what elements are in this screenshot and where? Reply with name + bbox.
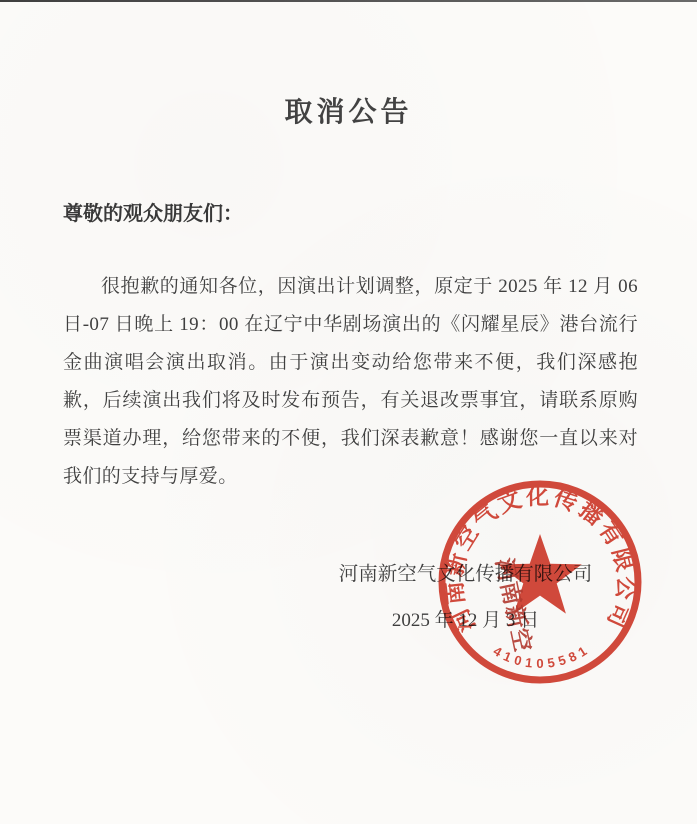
company-seal-stamp: 河南新空气文化传播有限公司 4101055818764 河南新空 [430,472,650,692]
scanner-edge-artifact [0,0,697,2]
page-title: 取消公告 [0,90,697,130]
salutation: 尊敬的观众朋友们： [0,200,697,228]
notice-document: 取消公告 尊敬的观众朋友们： 很抱歉的通知各位，因演出计划调整，原定于 2025… [0,0,697,824]
body-paragraph: 很抱歉的通知各位，因演出计划调整，原定于 2025 年 12 月 06 日-07… [0,268,697,496]
